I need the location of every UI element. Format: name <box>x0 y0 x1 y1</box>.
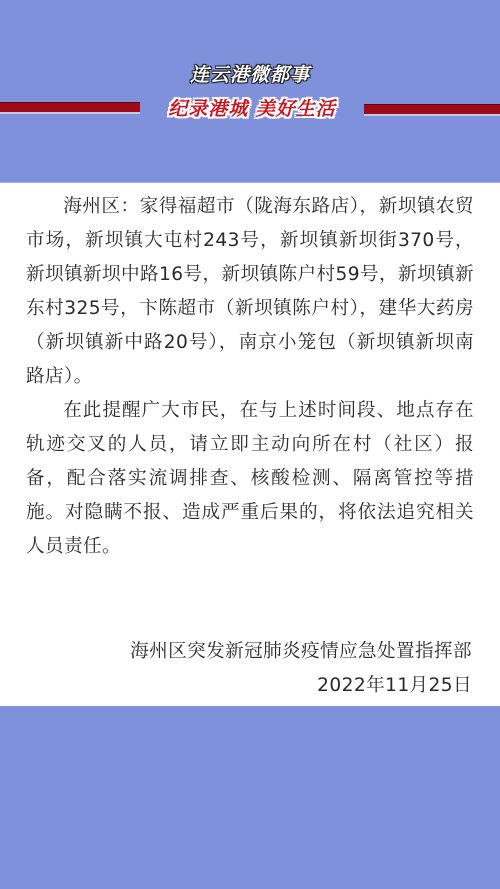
issue-date: 2022年11月25日 <box>130 669 472 703</box>
paragraph-notice: 在此提醒广大市民，在与上述时间段、地点存在轨迹交叉的人员，请立即主动向所在村（社… <box>26 394 474 564</box>
header-banner: 连云港微都事 纪录港城 美好生活 <box>0 0 500 182</box>
signature-block: 海州区突发新冠肺炎疫情应急处置指挥部 2022年11月25日 <box>130 635 472 703</box>
slogan-row: 纪录港城 美好生活 <box>0 94 500 122</box>
bottom-band <box>0 706 500 889</box>
issuer: 海州区突发新冠肺炎疫情应急处置指挥部 <box>130 635 472 669</box>
decorative-line-left <box>0 102 140 114</box>
brand-title: 连云港微都事 <box>0 60 500 87</box>
article-panel: 海州区：家得福超市（陇海东路店），新坝镇农贸市场，新坝镇大屯村243号，新坝镇新… <box>0 182 500 706</box>
slogan: 纪录港城 美好生活 <box>146 94 358 121</box>
paragraph-locations: 海州区：家得福超市（陇海东路店），新坝镇农贸市场，新坝镇大屯村243号，新坝镇新… <box>26 190 474 394</box>
decorative-line-right <box>364 104 500 116</box>
article-body: 海州区：家得福超市（陇海东路店），新坝镇农贸市场，新坝镇大屯村243号，新坝镇新… <box>26 190 474 564</box>
